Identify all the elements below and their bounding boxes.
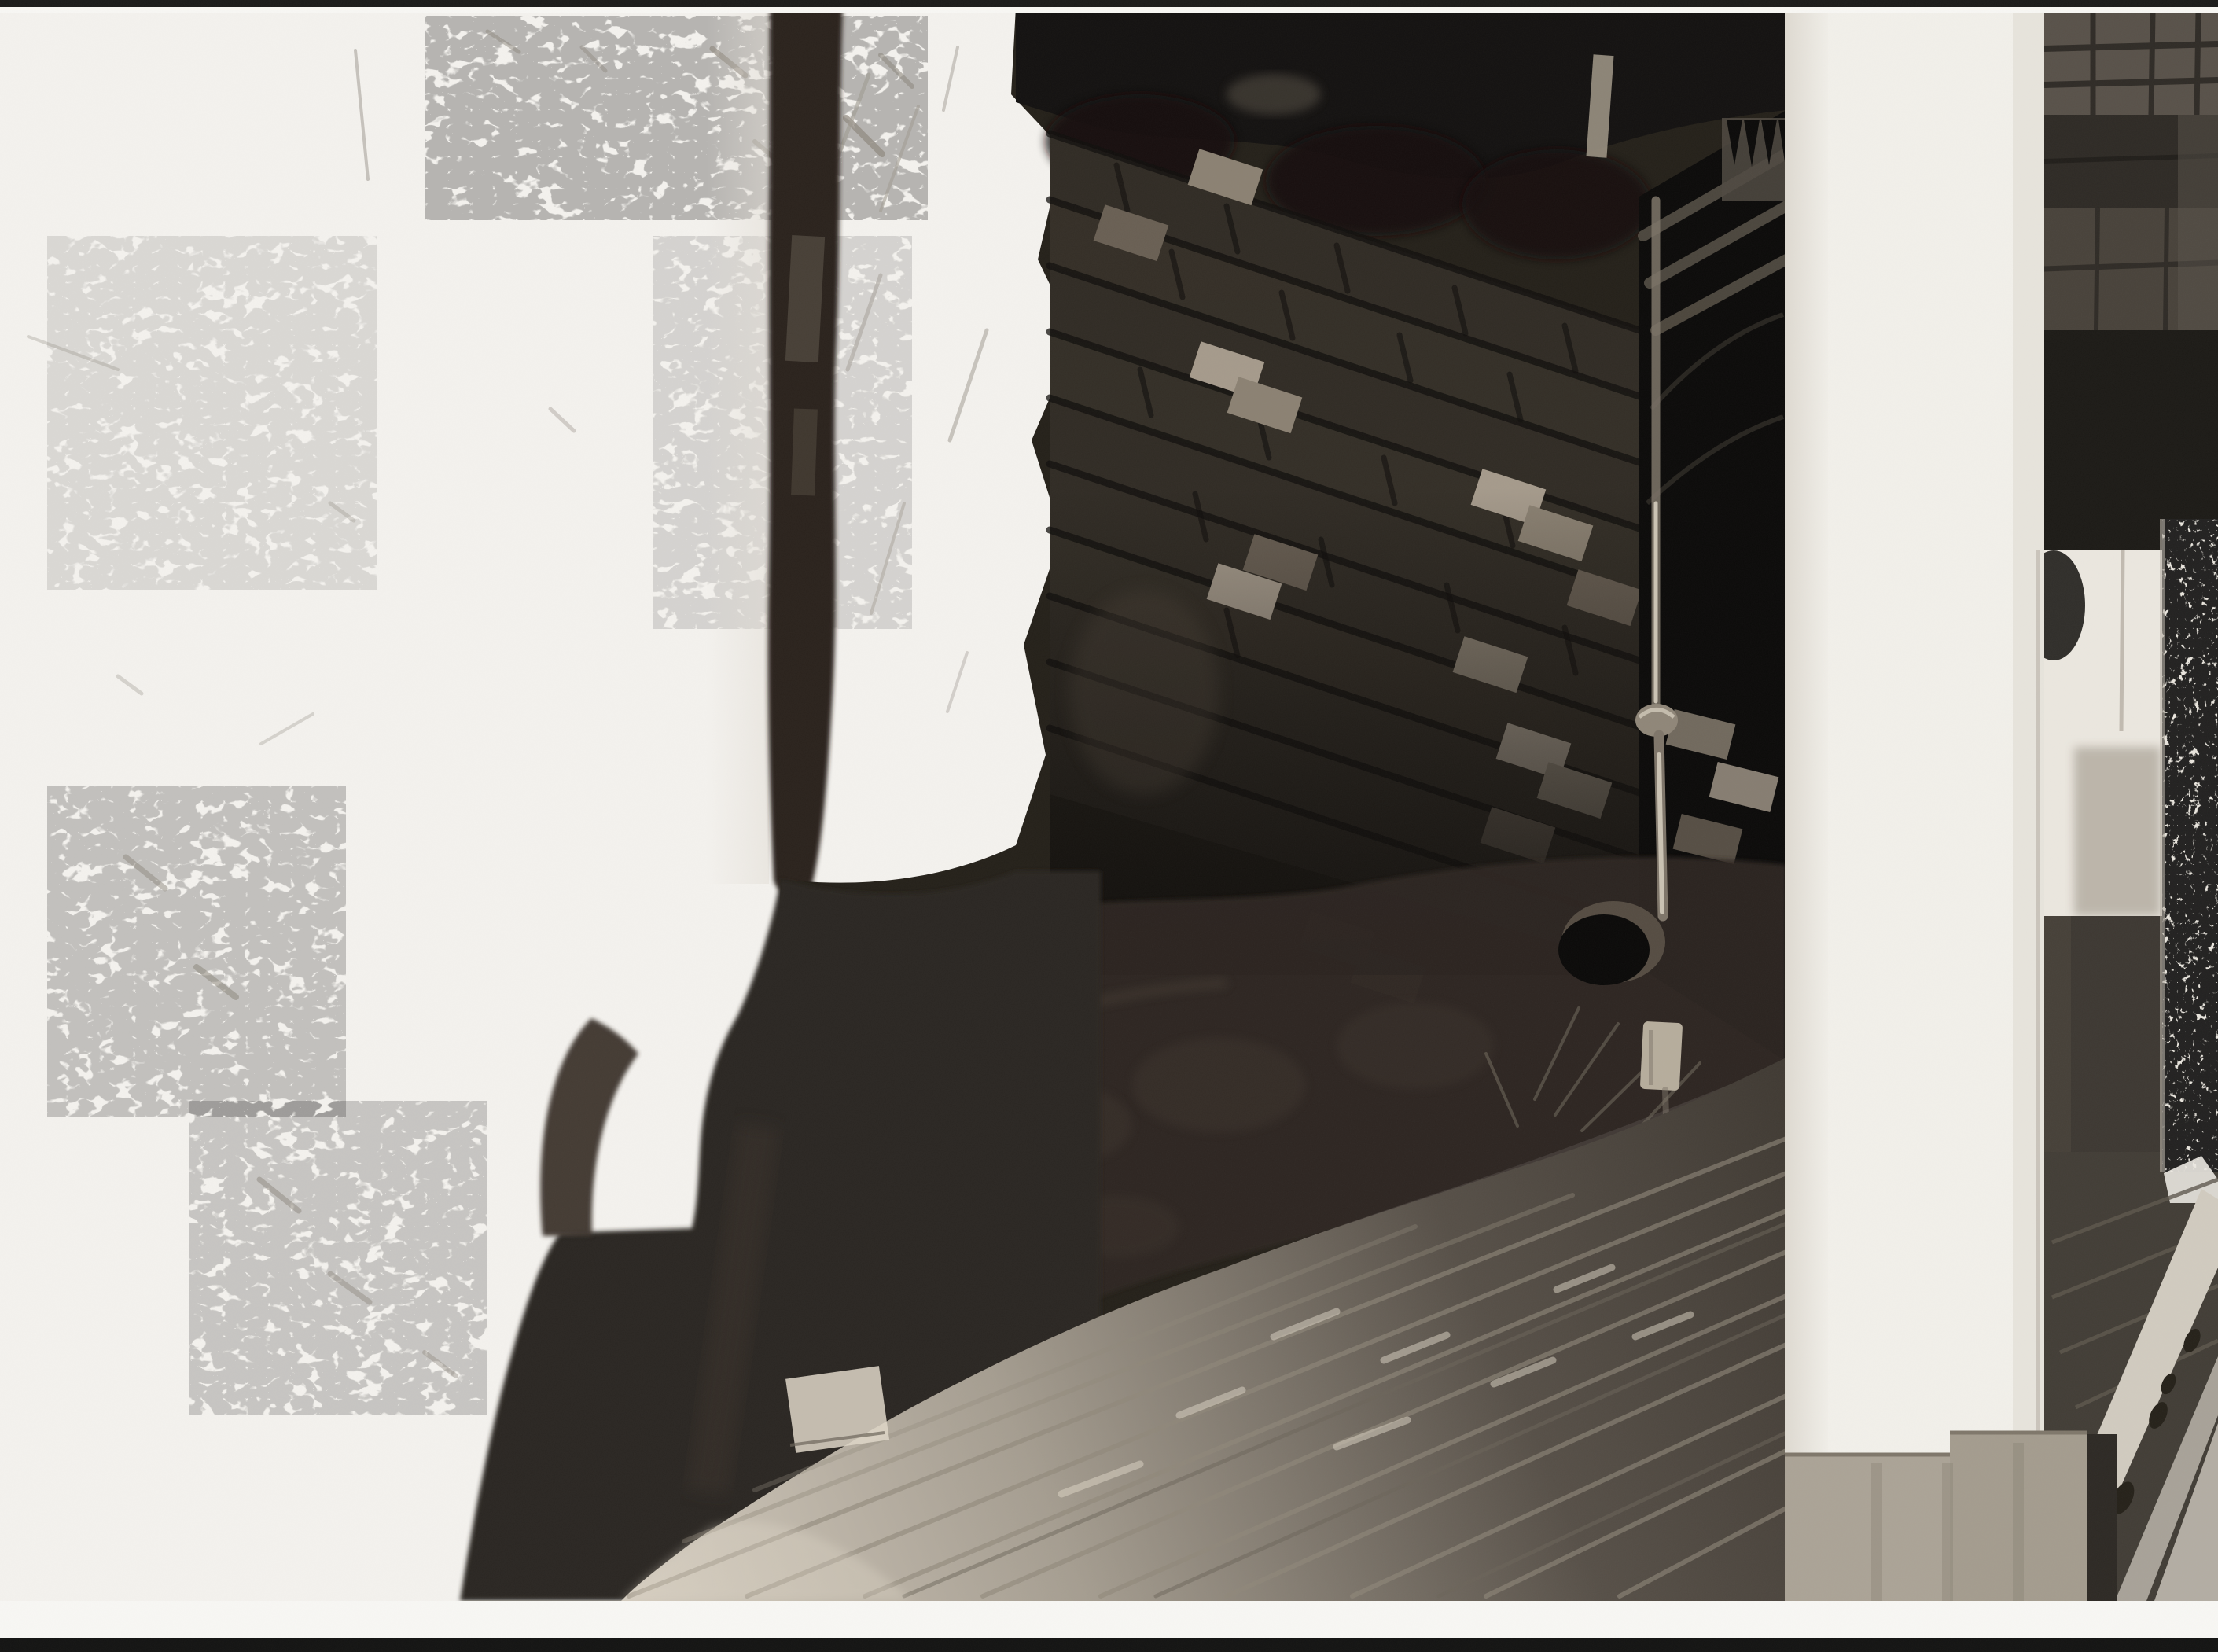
film-grain	[0, 0, 2218, 1652]
photograph: Black-and-white photograph of an arcade …	[0, 0, 2218, 1652]
photo-scan: Black-and-white photograph of an arcade …	[0, 0, 2218, 1652]
